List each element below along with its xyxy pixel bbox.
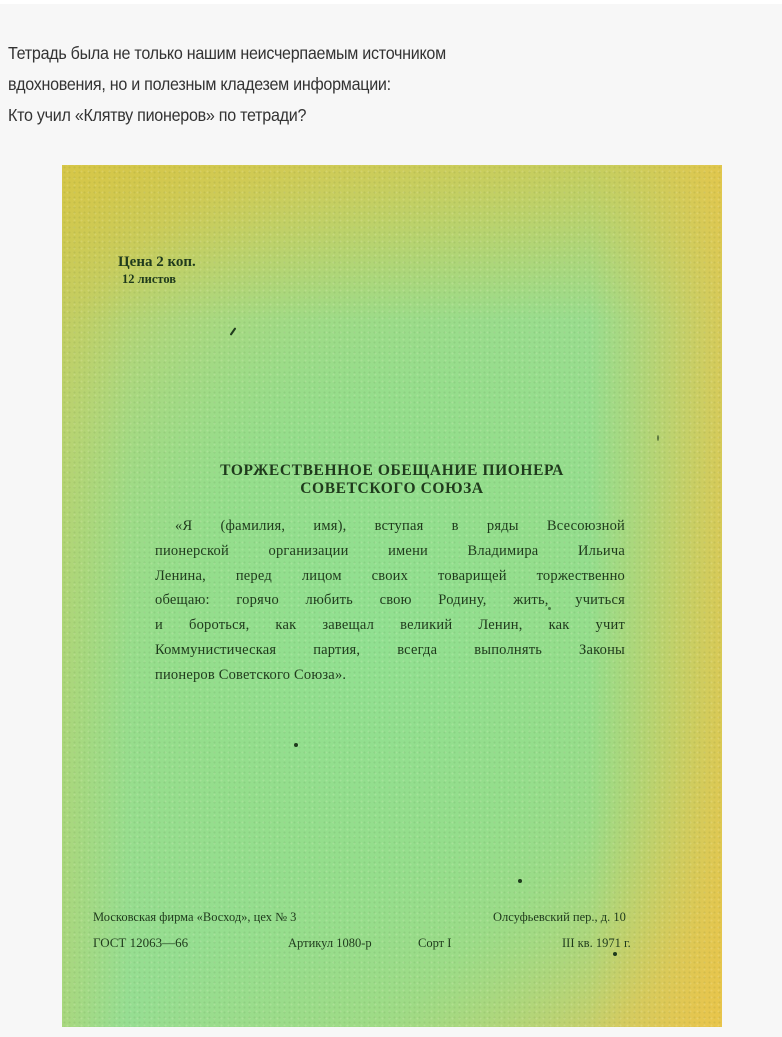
price-label: Цена 2 коп. (118, 253, 196, 271)
oath-line: и бороться, как завещал великий Ленин, к… (155, 613, 625, 638)
oath-line: пионеров Советского Союза». (155, 663, 625, 688)
paper-speck (230, 327, 237, 336)
sort-label: Сорт I (418, 935, 451, 951)
oath-title-line: ТОРЖЕСТВЕННОЕ ОБЕЩАНИЕ ПИОНЕРА (122, 462, 662, 480)
oath-line: «Я (фамилия, имя), вступая в ряды Всесою… (155, 514, 625, 539)
oath-text: «Я (фамилия, имя), вступая в ряды Всесою… (155, 514, 625, 688)
gost-label: ГОСТ 12063—66 (93, 935, 188, 951)
date-label: III кв. 1971 г. (562, 935, 631, 951)
article-label: Артикул 1080-р (288, 935, 372, 951)
oath-line: Коммунистическая партия, всегда выполнят… (155, 638, 625, 663)
paper-speck (518, 879, 522, 883)
oath-title: ТОРЖЕСТВЕННОЕ ОБЕЩАНИЕ ПИОНЕРА СОВЕТСКОГ… (122, 462, 662, 498)
intro-line: Кто учил «Клятву пионеров» по тетради? (8, 100, 707, 131)
oath-line: пионерской организации имени Владимира И… (155, 539, 625, 564)
sheets-count: 12 листов (122, 272, 176, 287)
notebook-cover-image: Цена 2 коп. 12 листов ТОРЖЕСТВЕННОЕ ОБЕЩ… (62, 165, 722, 1027)
oath-line: обещаю: горячо любить свою Родину, жить,… (155, 588, 625, 613)
oath-title-line: СОВЕТСКОГО СОЮЗА (122, 480, 662, 498)
paper-speck (613, 952, 617, 956)
intro-text: Тетрадь была не только нашим неисчерпаем… (8, 38, 707, 131)
oath-line: Ленина, перед лицом своих товарищей торж… (155, 564, 625, 589)
paper-speck (294, 743, 298, 747)
top-strip (0, 0, 782, 4)
intro-line: Тетрадь была не только нашим неисчерпаем… (8, 38, 707, 69)
paper-speck (548, 607, 551, 610)
manufacturer-label: Московская фирма «Восход», цех № 3 (93, 909, 296, 925)
address-label: Олсуфьевский пер., д. 10 (493, 909, 626, 925)
paper-speck (657, 435, 659, 441)
intro-line: вдохновения, но и полезным кладезем инфо… (8, 69, 707, 100)
